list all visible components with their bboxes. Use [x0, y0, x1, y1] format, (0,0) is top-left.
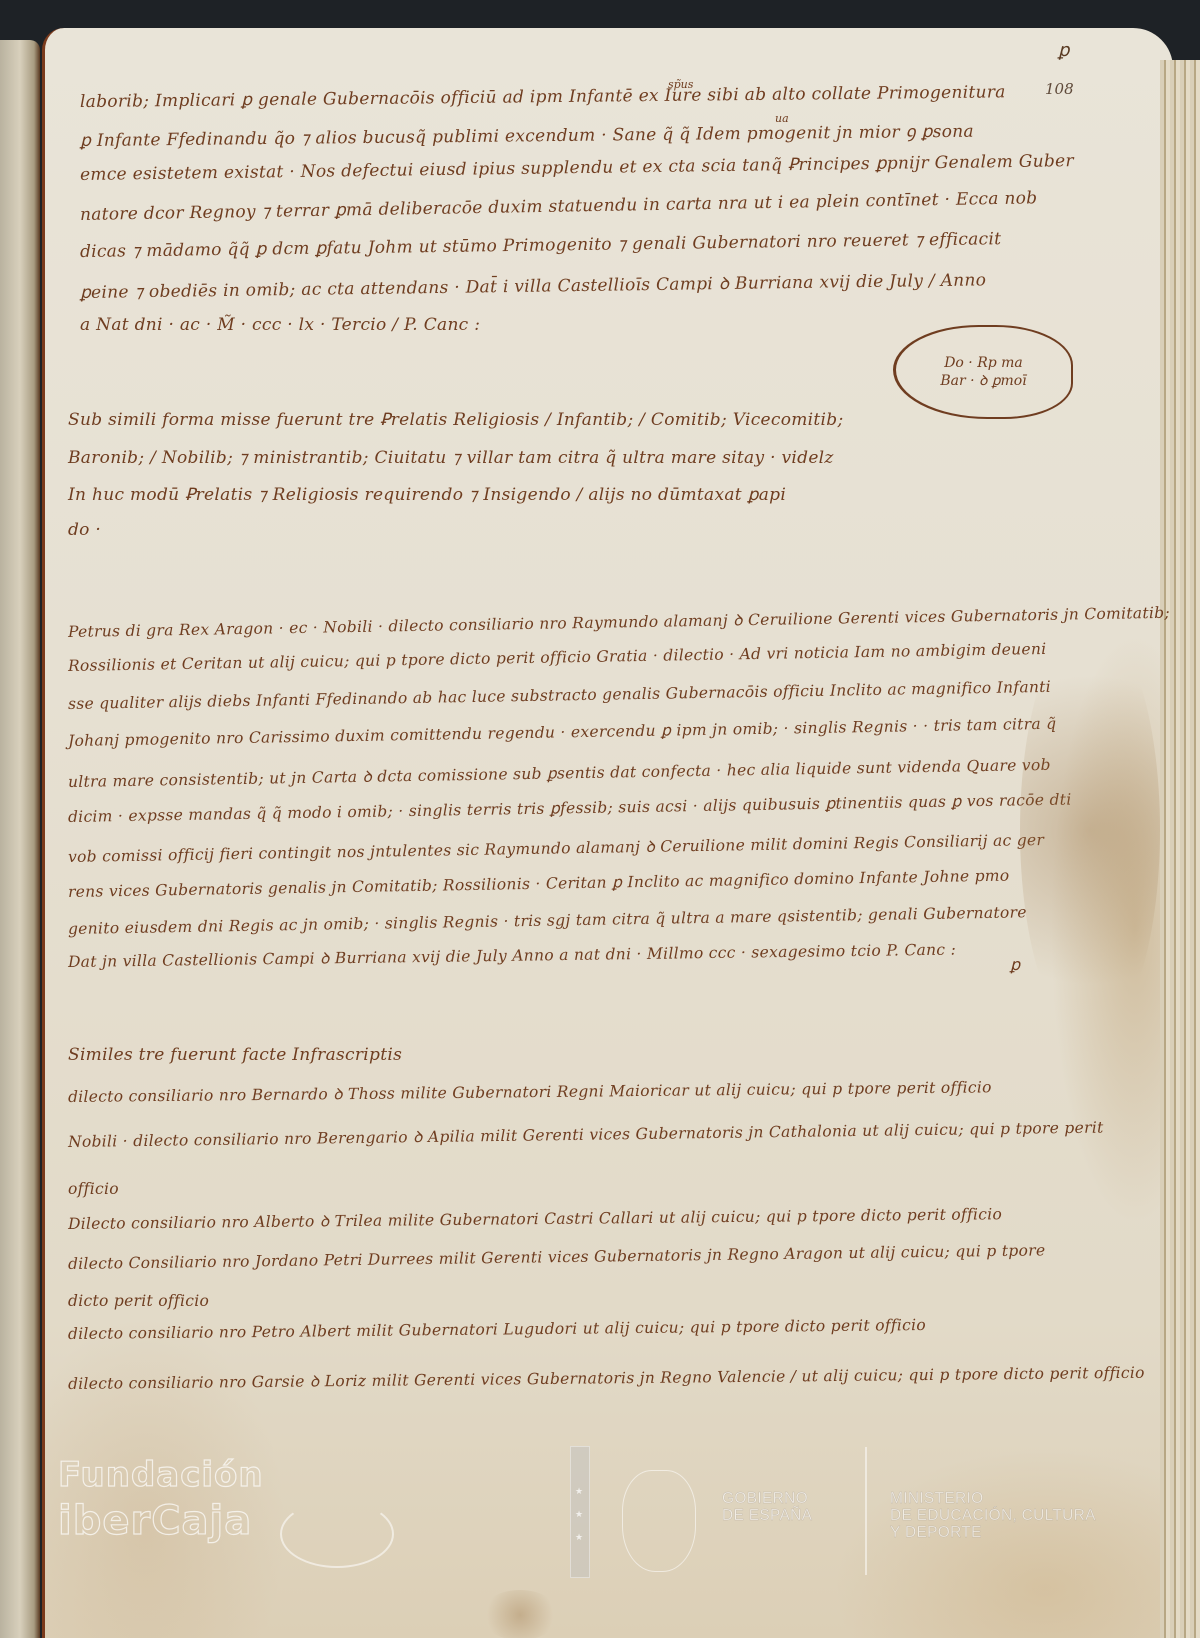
- corner-mark: ꝑ: [1058, 40, 1069, 61]
- text-line: do ·: [68, 520, 101, 540]
- page-stack-edge: [1160, 60, 1200, 1638]
- logo-text: MINISTERIO: [890, 1490, 1096, 1507]
- folio-number: 108: [1045, 80, 1074, 98]
- logo-text: DE ESPAÑA: [722, 1507, 812, 1524]
- facing-page-edge: [0, 40, 40, 1638]
- text-line: officio: [68, 1180, 119, 1198]
- star-icon: ★: [575, 1510, 583, 1520]
- text-line: dicto perit officio: [68, 1292, 209, 1310]
- ibercaja-logo-icon: [280, 1500, 394, 1568]
- logo-text: GOBIERNO: [722, 1490, 812, 1507]
- logo-text: DE EDUCACIÓN, CULTURA: [890, 1507, 1096, 1524]
- water-stain: [480, 1590, 560, 1638]
- gobierno-de-espana-logo: GOBIERNO DE ESPAÑA: [722, 1490, 812, 1524]
- logo-text: Y DEPORTE: [890, 1524, 1096, 1541]
- ibercaja-logo-text: Fundación: [58, 1455, 264, 1495]
- notary-line: Do · Rp ma: [944, 354, 1023, 372]
- water-stain: [1020, 620, 1160, 1040]
- notary-line: Bar · ꝺ ꝑmoī: [940, 372, 1026, 390]
- star-icon: ★: [575, 1533, 583, 1543]
- text-line: Baronib; / Nobilib; ⁊ ministrantib; Ciui…: [68, 448, 834, 468]
- ministerio-logo: MINISTERIO DE EDUCACIÓN, CULTURA Y DEPOR…: [890, 1490, 1096, 1541]
- coat-of-arms-icon: [622, 1470, 696, 1572]
- text-line: a Nat dni · ac · M̃ · ccc · lx · Tercio …: [80, 315, 480, 335]
- text-line: Sub simili forma misse fuerunt tre Ꝑrela…: [68, 410, 843, 430]
- ibercaja-logo-text: iberCaja: [58, 1498, 252, 1544]
- text-line: Similes tre fuerunt facte Infrascriptis: [68, 1045, 402, 1065]
- text-line: In huc modū Ꝑrelatis ⁊ Religiosis requir…: [68, 485, 786, 505]
- star-icon: ★: [575, 1487, 583, 1497]
- closing-mark: ꝑ: [1010, 955, 1020, 974]
- logo-divider: [865, 1447, 867, 1575]
